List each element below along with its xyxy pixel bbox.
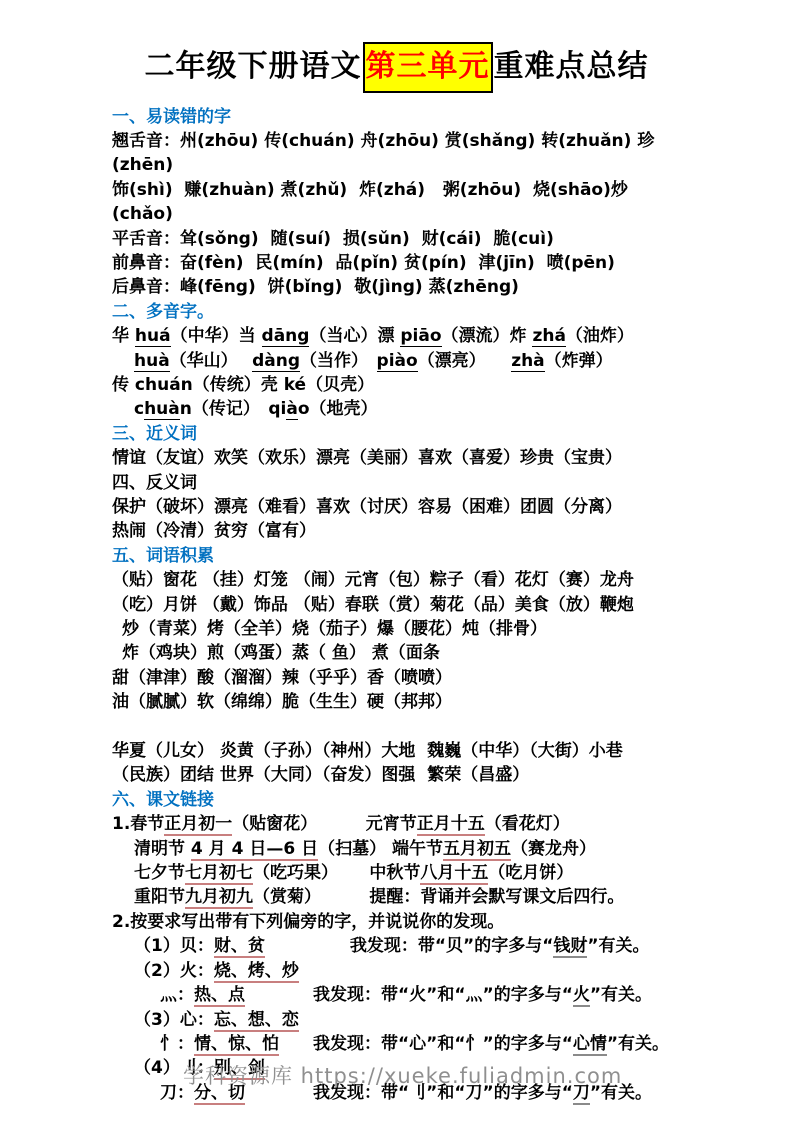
underlined-text: zhà xyxy=(511,351,544,372)
text-segment: 炸（鸡块）煎（鸡蛋）蒸（ 鱼） 煮（面条 xyxy=(122,643,440,663)
text-segment: （赛龙舟） xyxy=(511,839,596,859)
underlined-text: zhá xyxy=(532,326,565,347)
text-line xyxy=(112,715,693,739)
text-segment: 平舌音：耸(sǒng) 随(suí) 损(sǔn) 财(cái) 脆(cuì) xyxy=(112,229,554,249)
underlined-text: dāng xyxy=(262,326,310,347)
text-line: 灬：热、点 我发现：带“火”和“灬”的字多与“火”有关。 xyxy=(112,983,693,1007)
section-heading: 四、反义词 xyxy=(112,471,693,495)
text-line: 七夕节七月初七（吃巧果） 中秋节八月十五（吃月饼） xyxy=(112,861,693,885)
text-segment: （炸弹） xyxy=(545,351,613,371)
text-segment: （华山） xyxy=(170,351,252,371)
text-segment: o（地壳） xyxy=(298,399,378,419)
text-line: （1）贝：财、贫 我发现：带“贝”的字多与“钱财”有关。 xyxy=(112,934,693,958)
text-segment: （当心）漂 xyxy=(309,326,400,346)
text-line: 2.按要求写出带有下列偏旁的字，并说说你的发现。 xyxy=(112,910,693,934)
text-segment: （2）火： xyxy=(134,961,214,981)
watermark: 学科资源库 https://xueke.fuliadmin.com xyxy=(183,1060,622,1090)
text-segment: （赏菊） 提醒：背诵并会默写课文后四行。 xyxy=(253,887,624,907)
text-segment: 2.按要求写出带有下列偏旁的字，并说说你的发现。 xyxy=(112,912,504,932)
text-segment: ”有关。 xyxy=(607,1034,669,1054)
text-segment: （贴）窗花 （挂）灯笼 （闹）元宵（包）粽子（看）花灯（赛）龙舟 xyxy=(112,570,634,590)
text-segment: 我发现：带“火”和“灬”的字多与“ xyxy=(245,985,573,1005)
text-segment: 华 xyxy=(112,326,135,346)
text-line: 华夏（儿女） 炎黄（子孙）（神州）大地 魏巍（中华）（大街）小巷 xyxy=(112,739,693,763)
text-segment: 我发现：带“贝”的字多与“ xyxy=(265,936,554,956)
text-segment: 七夕节 xyxy=(134,863,185,883)
text-segment: （当作） xyxy=(300,351,377,371)
underlined-text: huà xyxy=(134,351,170,372)
text-line: 油（腻腻）软（绵绵）脆（生生）硬（邦邦） xyxy=(112,690,693,714)
text-segment: （油炸） xyxy=(566,326,634,346)
document-page: 二年级下册语文第三单元重难点总结 一、易读错的字翘舌音：州(zhōu) 传(ch… xyxy=(0,0,793,1122)
text-line: 热闹（冷清）贫穷（富有） xyxy=(112,519,693,543)
text-segment: （3）心： xyxy=(134,1010,214,1030)
section-heading: 六、课文链接 xyxy=(112,788,693,812)
section-heading: 三、近义词 xyxy=(112,422,693,446)
text-segment: （漂亮） xyxy=(418,351,512,371)
underlined-text: 五月初五 xyxy=(443,839,511,861)
title-prefix: 二年级下册语文 xyxy=(145,49,362,84)
text-segment: 忄： xyxy=(160,1034,194,1054)
document-body: 一、易读错的字翘舌音：州(zhōu) 传(chuán) 舟(zhōu) 赏(sh… xyxy=(0,93,793,1106)
text-segment: 保护（破坏）漂亮（难看）喜欢（讨厌）容易（困难）团圆（分离） xyxy=(112,497,622,517)
text-line: 炸（鸡块）煎（鸡蛋）蒸（ 鱼） 煮（面条 xyxy=(112,641,693,665)
underlined-text: 正月十五 xyxy=(417,814,485,836)
text-segment: （1）贝： xyxy=(134,936,214,956)
text-segment: 我发现：带“心”和“忄”的字多与“ xyxy=(279,1034,573,1054)
text-segment: 华夏（儿女） 炎黄（子孙）（神州）大地 魏巍（中华）（大街）小巷 xyxy=(112,741,623,761)
text-line: 平舌音：耸(sǒng) 随(suí) 损(sǔn) 财(cái) 脆(cuì) xyxy=(112,227,693,251)
text-segment: (chǎo) xyxy=(112,204,173,224)
text-segment: 传 chuán（传统）壳 ké（贝壳） xyxy=(112,375,374,395)
text-line: 传 chuán（传统）壳 ké（贝壳） xyxy=(112,373,693,397)
page-title: 二年级下册语文第三单元重难点总结 xyxy=(0,0,793,93)
underlined-text: huá xyxy=(135,326,171,347)
title-highlight: 第三单元 xyxy=(363,42,493,93)
text-segment: （吃月饼） xyxy=(488,863,573,883)
text-line: 炒（青菜）烤（全羊）烧（茄子）爆（腰花）炖（排骨） xyxy=(112,617,693,641)
text-segment: 前鼻音：奋(fèn) 民(mín) 品(pǐn) 贫(pín) 津(jīn) 喷… xyxy=(112,253,615,273)
underlined-text: piāo xyxy=(400,326,441,347)
text-line: 1.春节正月初一（贴窗花） 元宵节正月十五（看花灯） xyxy=(112,812,693,836)
underlined-text: à xyxy=(286,399,297,420)
section-heading: 五、词语积累 xyxy=(112,544,693,568)
title-suffix: 重难点总结 xyxy=(494,49,649,84)
underlined-text: 心情 xyxy=(573,1034,607,1056)
text-segment: ”有关。 xyxy=(590,985,652,1005)
text-line: （吃）月饼 （戴）饰品 （贴）春联（赏）菊花（品）美食（放）鞭炮 xyxy=(112,593,693,617)
text-line: 忄：情、惊、怕 我发现：带“心”和“忄”的字多与“心情”有关。 xyxy=(112,1032,693,1056)
text-segment: 1.春节 xyxy=(112,814,164,834)
text-line: 前鼻音：奋(fèn) 民(mín) 品(pǐn) 贫(pín) 津(jīn) 喷… xyxy=(112,251,693,275)
text-segment: 翘舌音：州(zhōu) 传(chuán) 舟(zhōu) 赏(shǎng) 转(… xyxy=(112,131,654,175)
text-segment: 热闹（冷清）贫穷（富有） xyxy=(112,521,316,541)
text-segment: （贴窗花） 元宵节 xyxy=(232,814,416,834)
underlined-text: 忘、想、恋 xyxy=(214,1010,299,1032)
underlined-text: 火 xyxy=(573,985,590,1007)
underlined-text: 九月初九 xyxy=(185,887,253,909)
underlined-text: 正月初一 xyxy=(164,814,232,836)
underlined-text: huà xyxy=(144,399,180,420)
text-line: 清明节 4 月 4 日—6 日（扫墓） 端午节五月初五（赛龙舟） xyxy=(112,837,693,861)
text-segment: 炒（青菜）烤（全羊）烧（茄子）爆（腰花）炖（排骨） xyxy=(122,619,547,639)
text-line: 华 huá（中华）当 dāng（当心）漂 piāo（漂流）炸 zhá（油炸） xyxy=(112,324,693,348)
text-line: 保护（破坏）漂亮（难看）喜欢（讨厌）容易（困难）团圆（分离） xyxy=(112,495,693,519)
underlined-text: piào xyxy=(377,351,418,372)
text-line: 情谊（友谊）欢笑（欢乐）漂亮（美丽）喜欢（喜爱）珍贵（宝贵） xyxy=(112,446,693,470)
text-segment: ”有关。 xyxy=(587,936,649,956)
underlined-text: 热、点 xyxy=(194,985,245,1007)
text-line: chuàn（传记） qiào（地壳） xyxy=(112,397,693,421)
text-segment: （吃）月饼 （戴）饰品 （贴）春联（赏）菊花（品）美食（放）鞭炮 xyxy=(112,595,634,615)
text-line: 饰(shì) 赚(zhuàn) 煮(zhǔ) 炸(zhá) 粥(zhōu) 烧(… xyxy=(112,178,693,202)
text-line: 重阳节九月初九（赏菊） 提醒：背诵并会默写课文后四行。 xyxy=(112,885,693,909)
text-segment: n（传记） qi xyxy=(180,399,287,419)
text-line: （2）火：烧、烤、炒 xyxy=(112,959,693,983)
text-segment: 饰(shì) 赚(zhuàn) 煮(zhǔ) 炸(zhá) 粥(zhōu) 烧(… xyxy=(112,180,628,200)
text-segment: 后鼻音：峰(fēng) 饼(bǐng) 敬(jìng) 蒸(zhēng) xyxy=(112,277,519,297)
text-segment: c xyxy=(134,399,144,419)
text-segment: （民族）团结 世界（大同）（奋发）图强 繁荣（昌盛） xyxy=(112,765,529,785)
underlined-text: 八月十五 xyxy=(420,863,488,885)
text-line: huà（华山） dàng（当作） piào（漂亮） zhà（炸弹） xyxy=(112,349,693,373)
text-segment: 重阳节 xyxy=(134,887,185,907)
text-line: 后鼻音：峰(fēng) 饼(bǐng) 敬(jìng) 蒸(zhēng) xyxy=(112,275,693,299)
section-heading: 一、易读错的字 xyxy=(112,105,693,129)
underlined-text: 财、贫 xyxy=(214,936,265,958)
underlined-text: 烧、烤、炒 xyxy=(214,961,299,983)
text-line: （3）心：忘、想、恋 xyxy=(112,1008,693,1032)
section-heading: 二、多音字。 xyxy=(112,300,693,324)
text-line: (chǎo) xyxy=(112,202,693,226)
underlined-text: 七月初七 xyxy=(185,863,253,885)
text-segment: （中华）当 xyxy=(171,326,262,346)
text-segment: （漂流）炸 xyxy=(442,326,533,346)
text-segment: （看花灯） xyxy=(485,814,570,834)
text-segment: 清明节 xyxy=(134,839,191,859)
text-segment: 甜（津津）酸（溜溜）辣（乎乎）香（喷喷） xyxy=(112,668,452,688)
text-segment: 油（腻腻）软（绵绵）脆（生生）硬（邦邦） xyxy=(112,692,452,712)
text-line: （民族）团结 世界（大同）（奋发）图强 繁荣（昌盛） xyxy=(112,763,693,787)
underlined-text: 情、惊、怕 xyxy=(194,1034,279,1056)
underlined-text: dàng xyxy=(252,351,300,372)
underlined-text: 4 月 4 日—6 日 xyxy=(191,839,318,861)
text-segment: （吃巧果） 中秋节 xyxy=(253,863,420,883)
text-line: 甜（津津）酸（溜溜）辣（乎乎）香（喷喷） xyxy=(112,666,693,690)
text-segment: 灬： xyxy=(160,985,194,1005)
text-line: 翘舌音：州(zhōu) 传(chuán) 舟(zhōu) 赏(shǎng) 转(… xyxy=(112,129,693,178)
underlined-text: 钱财 xyxy=(553,936,587,958)
text-segment: （扫墓） 端午节 xyxy=(318,839,443,859)
text-line: （贴）窗花 （挂）灯笼 （闹）元宵（包）粽子（看）花灯（赛）龙舟 xyxy=(112,568,693,592)
text-segment: 情谊（友谊）欢笑（欢乐）漂亮（美丽）喜欢（喜爱）珍贵（宝贵） xyxy=(112,448,622,468)
